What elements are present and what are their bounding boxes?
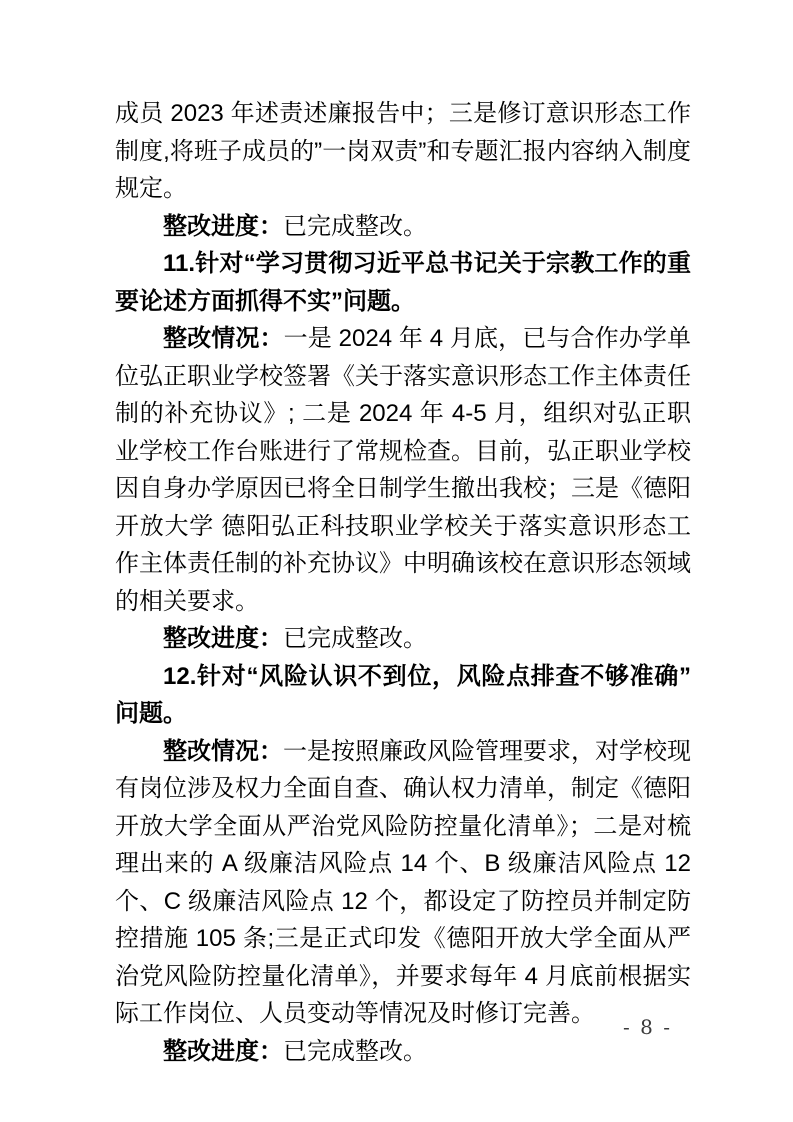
progress-label: 整改进度： [163, 213, 283, 240]
paragraph-continuation: 成员 2023 年述责述廉报告中；三是修订意识形态工作制度,将班子成员的”一岗双… [115, 95, 691, 208]
situation-label: 整改情况： [163, 738, 283, 765]
progress-label: 整改进度： [163, 625, 283, 652]
situation-text: 一是按照廉政风险管理要求，对学校现有岗位涉及权力全面自查、确认权力清单，制定《德… [115, 738, 691, 1028]
document-body: 成员 2023 年述责述廉报告中；三是修订意识形态工作制度,将班子成员的”一岗双… [115, 95, 691, 1070]
progress-text: 已完成整改。 [283, 625, 427, 652]
progress-label: 整改进度： [163, 1038, 283, 1065]
rectification-situation-12: 整改情况：一是按照廉政风险管理要求，对学校现有岗位涉及权力全面自查、确认权力清单… [115, 733, 691, 1033]
issue-heading-12: 12.针对“风险认识不到位，风险点排查不够准确”问题。 [115, 658, 691, 733]
rectification-situation-11: 整改情况：一是 2024 年 4 月底，已与合作办学单位弘正职业学校签署《关于落… [115, 320, 691, 620]
rectification-progress-1: 整改进度：已完成整改。 [115, 208, 691, 246]
situation-label: 整改情况： [163, 325, 284, 352]
progress-text: 已完成整改。 [283, 213, 427, 240]
rectification-progress-11: 整改进度：已完成整改。 [115, 620, 691, 658]
situation-text: 一是 2024 年 4 月底，已与合作办学单位弘正职业学校签署《关于落实意识形态… [115, 325, 691, 615]
rectification-progress-12: 整改进度：已完成整改。 [115, 1033, 691, 1071]
page-number: - 8 - [623, 1015, 672, 1039]
issue-heading-11: 11.针对“学习贯彻习近平总书记关于宗教工作的重要论述方面抓得不实”问题。 [115, 245, 691, 320]
document-page: { "page": { "background_color": "#ffffff… [0, 0, 793, 1122]
progress-text: 已完成整改。 [283, 1038, 427, 1065]
